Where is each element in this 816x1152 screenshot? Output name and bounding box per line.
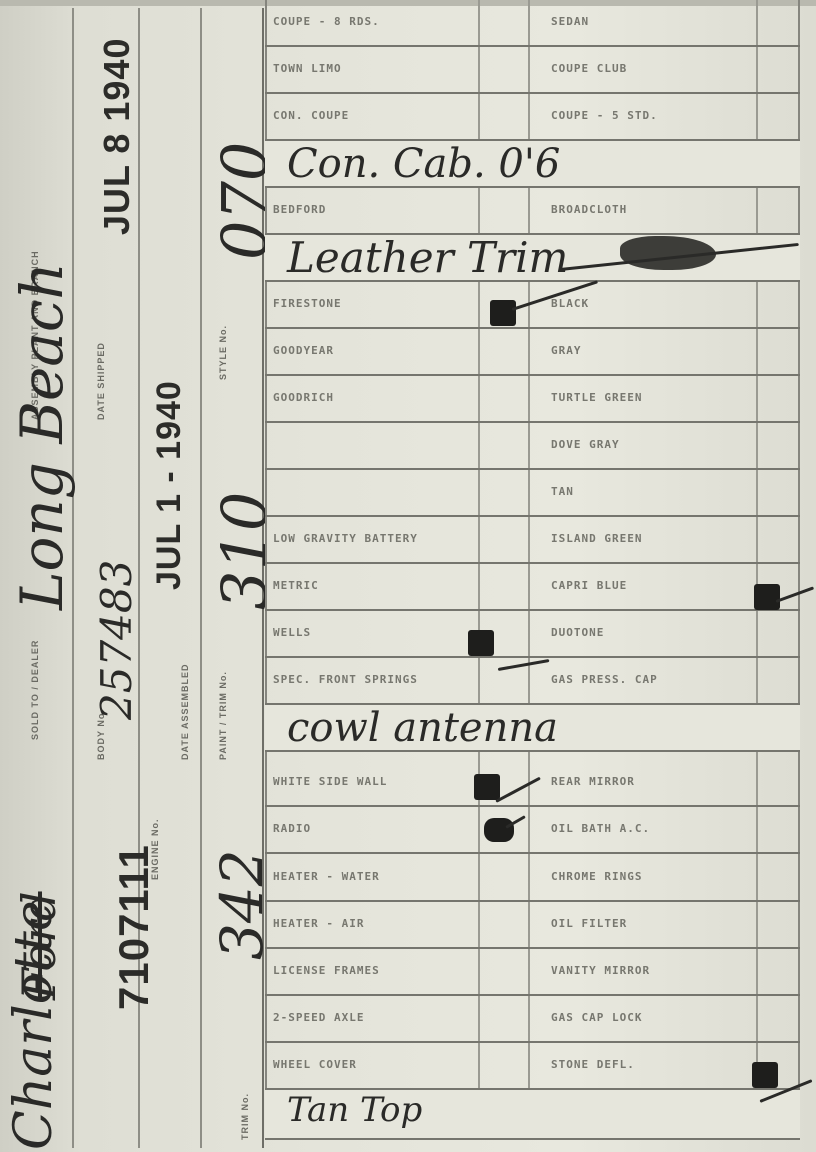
option-label: 2-SPEED AXLE [273,1011,364,1024]
option-label: RADIO [273,822,311,835]
style-label: STYLE No. [218,325,228,380]
paint-label: PAINT / TRIM No. [218,671,228,760]
option-label: GOODRICH [273,391,334,404]
option-row: COUPE - 8 RDS.SEDAN [265,0,800,47]
option-row: METRICCAPRI BLUE [265,564,800,611]
checkbox-checked-icon [474,774,500,800]
option-label: FIRESTONE [273,297,342,310]
option-row: 2-SPEED AXLEGAS CAP LOCK [265,996,800,1043]
option-label: SPEC. FRONT SPRINGS [273,673,418,686]
option-label: TAN [551,485,574,498]
writein-row: Leather Trim [265,235,800,282]
writein-row: Con. Cab. 0'6 [265,141,800,188]
option-row: BEDFORDBROADCLOTH [265,188,800,235]
option-label: TOWN LIMO [273,62,342,75]
option-row: FIRESTONEBLACK [265,282,800,329]
option-label: WHEEL COVER [273,1058,357,1071]
dealer-handwritten: Long Beach [8,262,76,610]
divider [200,8,202,1148]
option-row: TAN [265,470,800,517]
option-label: DUOTONE [551,626,604,639]
option-label: BEDFORD [273,203,326,216]
option-label: CON. COUPE [273,109,349,122]
option-label: BROADCLOTH [551,203,627,216]
trim-label: TRIM No. [240,1093,250,1140]
option-label: LICENSE FRAMES [273,964,380,977]
checkbox-checked-icon [754,584,780,610]
option-label: HEATER - AIR [273,917,364,930]
date-assembled-label: DATE ASSEMBLED [180,663,190,760]
option-label: COUPE - 8 RDS. [273,15,380,28]
option-row: DOVE GRAY [265,423,800,470]
option-row: RADIOOIL BATH A.C. [265,807,800,854]
option-label: WHITE SIDE WALL [273,775,387,788]
option-row: GOODRICHTURTLE GREEN [265,376,800,423]
option-label: GAS PRESS. CAP [551,673,658,686]
option-row: HEATER - WATERCHROME RINGS [265,855,800,902]
checkbox-checked-icon [484,818,514,842]
date-assembled-value: JUL 1 - 1940 [150,380,189,590]
option-row: TOWN LIMOCOUPE CLUB [265,47,800,94]
option-label: GRAY [551,344,582,357]
option-row: LICENSE FRAMESVANITY MIRROR [265,949,800,996]
option-label: METRIC [273,579,319,592]
option-row: WELLSDUOTONE [265,611,800,658]
checkbox-checked-icon [752,1062,778,1088]
option-label: CHROME RINGS [551,870,642,883]
option-label: STONE DEFL. [551,1058,635,1071]
checkbox-checked-icon [490,300,516,326]
option-label: COUPE CLUB [551,62,627,75]
body-no-value: 257483 [92,560,141,720]
option-label: GOODYEAR [273,344,334,357]
option-row: SPEC. FRONT SPRINGSGAS PRESS. CAP [265,658,800,705]
option-label: OIL BATH A.C. [551,822,650,835]
option-label: OIL FILTER [551,917,627,930]
build-card: ASSEMBLY PLANT AND BRANCH SOLD TO / DEAL… [0,0,816,1152]
option-label: WELLS [273,626,311,639]
handwritten-note: Leather Trim [287,233,568,282]
option-label: TURTLE GREEN [551,391,642,404]
option-row: LOW GRAVITY BATTERYISLAND GREEN [265,517,800,564]
handwritten-note: Con. Cab. 0'6 [287,141,560,187]
option-row: WHEEL COVERSTONE DEFL. [265,1043,800,1090]
option-label: LOW GRAVITY BATTERY [273,532,418,545]
option-label: SEDAN [551,15,589,28]
handwritten-note: Tan Top [287,1090,422,1130]
date-shipped-label: DATE SHIPPED [96,342,106,420]
option-label: DOVE GRAY [551,438,620,451]
note-handwritten: Ford [12,891,66,1000]
option-label: GAS CAP LOCK [551,1011,642,1024]
option-label: VANITY MIRROR [551,964,650,977]
option-row: GOODYEARGRAY [265,329,800,376]
option-row: HEATER - AIROIL FILTER [265,902,800,949]
option-label: REAR MIRROR [551,775,635,788]
engine-no-label: ENGINE No. [150,818,160,880]
option-label: CAPRI BLUE [551,579,627,592]
option-label: COUPE - 5 STD. [551,109,658,122]
option-label: HEATER - WATER [273,870,380,883]
writein-row: Tan Top [265,1090,800,1140]
option-row: CON. COUPECOUPE - 5 STD. [265,94,800,141]
option-label: BLACK [551,297,589,310]
handwritten-note: cowl antenna [287,705,816,751]
date-shipped-value: JUL 8 1940 [96,38,138,235]
dealer-label: SOLD TO / DEALER [30,640,40,740]
option-label: ISLAND GREEN [551,532,642,545]
checkbox-checked-icon [468,630,494,656]
writein-row: cowl antenna [265,705,800,752]
